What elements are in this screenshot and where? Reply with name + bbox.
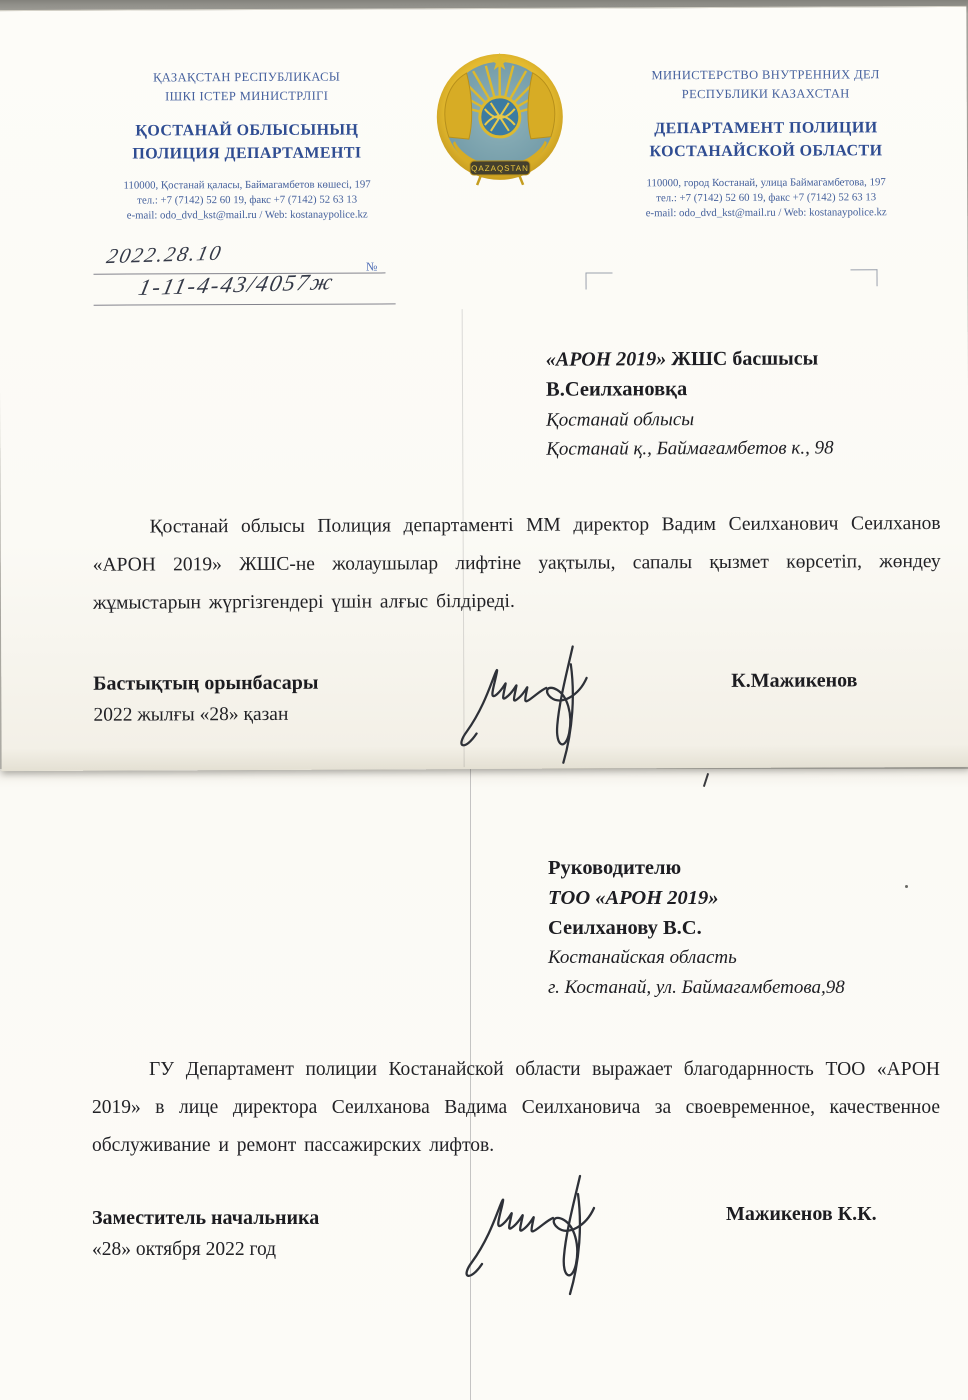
registration-number-line: 1-11-4-43/4057ж	[93, 273, 395, 305]
signature-kk	[445, 638, 646, 772]
signature-icon	[452, 1167, 652, 1299]
addressee-corner-mark-left	[585, 272, 612, 289]
signer-name-ru: Мажикенов К.К.	[726, 1203, 877, 1226]
department-name-kk: ҚОСТАНАЙ ОБЛЫСЫНЫҢ ПОЛИЦИЯ ДЕПАРТАМЕНТІ	[71, 118, 423, 166]
scanned-letter-kazakh: ҚАЗАҚСТАН РЕСПУБЛИКАСЫ ІШКІ ІСТЕР МИНИСТ…	[0, 6, 968, 771]
phone-line: тел.: +7 (7142) 52 60 19, факс +7 (7142)…	[593, 190, 939, 207]
handwritten-date: 2022.28.10	[104, 241, 225, 270]
ministry-line1: МИНИСТЕРСТВО ВНУТРЕННИХ ДЕЛ	[593, 65, 939, 86]
addressee-corner-mark-right	[850, 269, 877, 286]
signer-title-kk: Бастықтың орынбасары	[93, 672, 318, 696]
letter-body-kk: Қостанай облысы Полиция департаменті ММ …	[93, 505, 941, 623]
signer-title-ru: Заместитель начальника	[92, 1207, 319, 1230]
kazakhstan-coat-of-arms: QAZAQSTAN	[429, 45, 572, 209]
ink-speck	[703, 773, 709, 787]
letter-body-ru: ГУ Департамент полиции Костанайской обла…	[92, 1051, 940, 1165]
department-line2: КОСТАНАЙСКОЙ ОБЛАСТИ	[593, 139, 939, 164]
ink-speck	[905, 885, 908, 888]
addressee-street: г. Костанай, ул. Баймагамбетова,98	[548, 973, 948, 1003]
addressee-street: Қостанай қ., Баймағамбетов к., 98	[546, 433, 946, 464]
contact-info-kk: 110000, Қостанай қаласы, Баймагамбетов к…	[71, 177, 423, 224]
handwritten-number: 1-11-4-43/4057ж	[136, 269, 337, 301]
addressee-company-role: «АРОН 2019» ЖШС басшысы	[546, 343, 946, 375]
ministry-name-ru: МИНИСТЕРСТВО ВНУТРЕННИХ ДЕЛ РЕСПУБЛИКИ К…	[593, 65, 939, 105]
letterhead-right: МИНИСТЕРСТВО ВНУТРЕННИХ ДЕЛ РЕСПУБЛИКИ К…	[593, 65, 940, 222]
signature-ru	[452, 1167, 652, 1304]
ministry-name-kk: ҚАЗАҚСТАН РЕСПУБЛИКАСЫ ІШКІ ІСТЕР МИНИСТ…	[71, 67, 423, 107]
scanned-letter-russian: Руководителю ТОО «АРОН 2019» Сеилханову …	[0, 769, 968, 1400]
addressee-role: ЖШС басшысы	[666, 348, 818, 371]
address-line: 110000, Қостанай қаласы, Баймагамбетов к…	[71, 177, 423, 194]
registration-block: 2022.28.10 № 1-11-4-43/4057ж	[93, 237, 393, 305]
addressee-person: В.Сеилхановқа	[546, 373, 946, 406]
email-line: e-mail: odo_dvd_kst@mail.ru / Web: kosta…	[71, 207, 423, 224]
email-line: e-mail: odo_dvd_kst@mail.ru / Web: kosta…	[593, 205, 939, 222]
department-line2: ПОЛИЦИЯ ДЕПАРТАМЕНТІ	[71, 141, 423, 166]
contact-info-ru: 110000, город Костанай, улица Баймагамбе…	[593, 175, 939, 222]
signer-name-kk: К.Мажикенов	[731, 669, 857, 693]
ministry-line2: РЕСПУБЛИКИ КАЗАХСТАН	[593, 84, 939, 105]
signature-icon	[445, 638, 646, 767]
addressee-block-ru: Руководителю ТОО «АРОН 2019» Сеилханову …	[548, 853, 948, 1003]
emblem-icon: QAZAQSTAN	[429, 45, 572, 204]
ministry-line1: ҚАЗАҚСТАН РЕСПУБЛИКАСЫ	[71, 67, 423, 88]
phone-line: тел.: +7 (7142) 52 60 19, факс +7 (7142)…	[71, 192, 423, 209]
emblem-banner-text: QAZAQSTAN	[471, 164, 529, 173]
signer-date-ru: «28» октября 2022 год	[92, 1239, 276, 1261]
addressee-person: Сеилханову В.С.	[548, 913, 948, 943]
address-line: 110000, город Костанай, улица Баймагамбе…	[593, 175, 939, 192]
signer-date-kk: 2022 жылғы «28» қазан	[93, 704, 288, 727]
department-name-ru: ДЕПАРТАМЕНТ ПОЛИЦИИ КОСТАНАЙСКОЙ ОБЛАСТИ	[593, 116, 939, 164]
department-line1: ДЕПАРТАМЕНТ ПОЛИЦИИ	[593, 116, 939, 141]
addressee-region: Қостанай облысы	[546, 404, 946, 435]
letterhead-left: ҚАЗАҚСТАН РЕСПУБЛИКАСЫ ІШКІ ІСТЕР МИНИСТ…	[71, 67, 424, 224]
addressee-company: «АРОН 2019»	[546, 348, 666, 371]
fold-crease	[470, 769, 471, 1400]
addressee-company: ТОО «АРОН 2019»	[548, 883, 948, 913]
addressee-role: Руководителю	[548, 853, 948, 883]
ministry-line2: ІШКІ ІСТЕР МИНИСТРЛІГІ	[71, 86, 423, 107]
registration-date-line: 2022.28.10 №	[93, 237, 385, 274]
addressee-region: Костанайская область	[548, 943, 948, 973]
addressee-block-kk: «АРОН 2019» ЖШС басшысы В.Сеилхановқа Қо…	[546, 343, 947, 464]
department-line1: ҚОСТАНАЙ ОБЛЫСЫНЫҢ	[71, 118, 423, 143]
number-symbol: №	[366, 259, 378, 274]
